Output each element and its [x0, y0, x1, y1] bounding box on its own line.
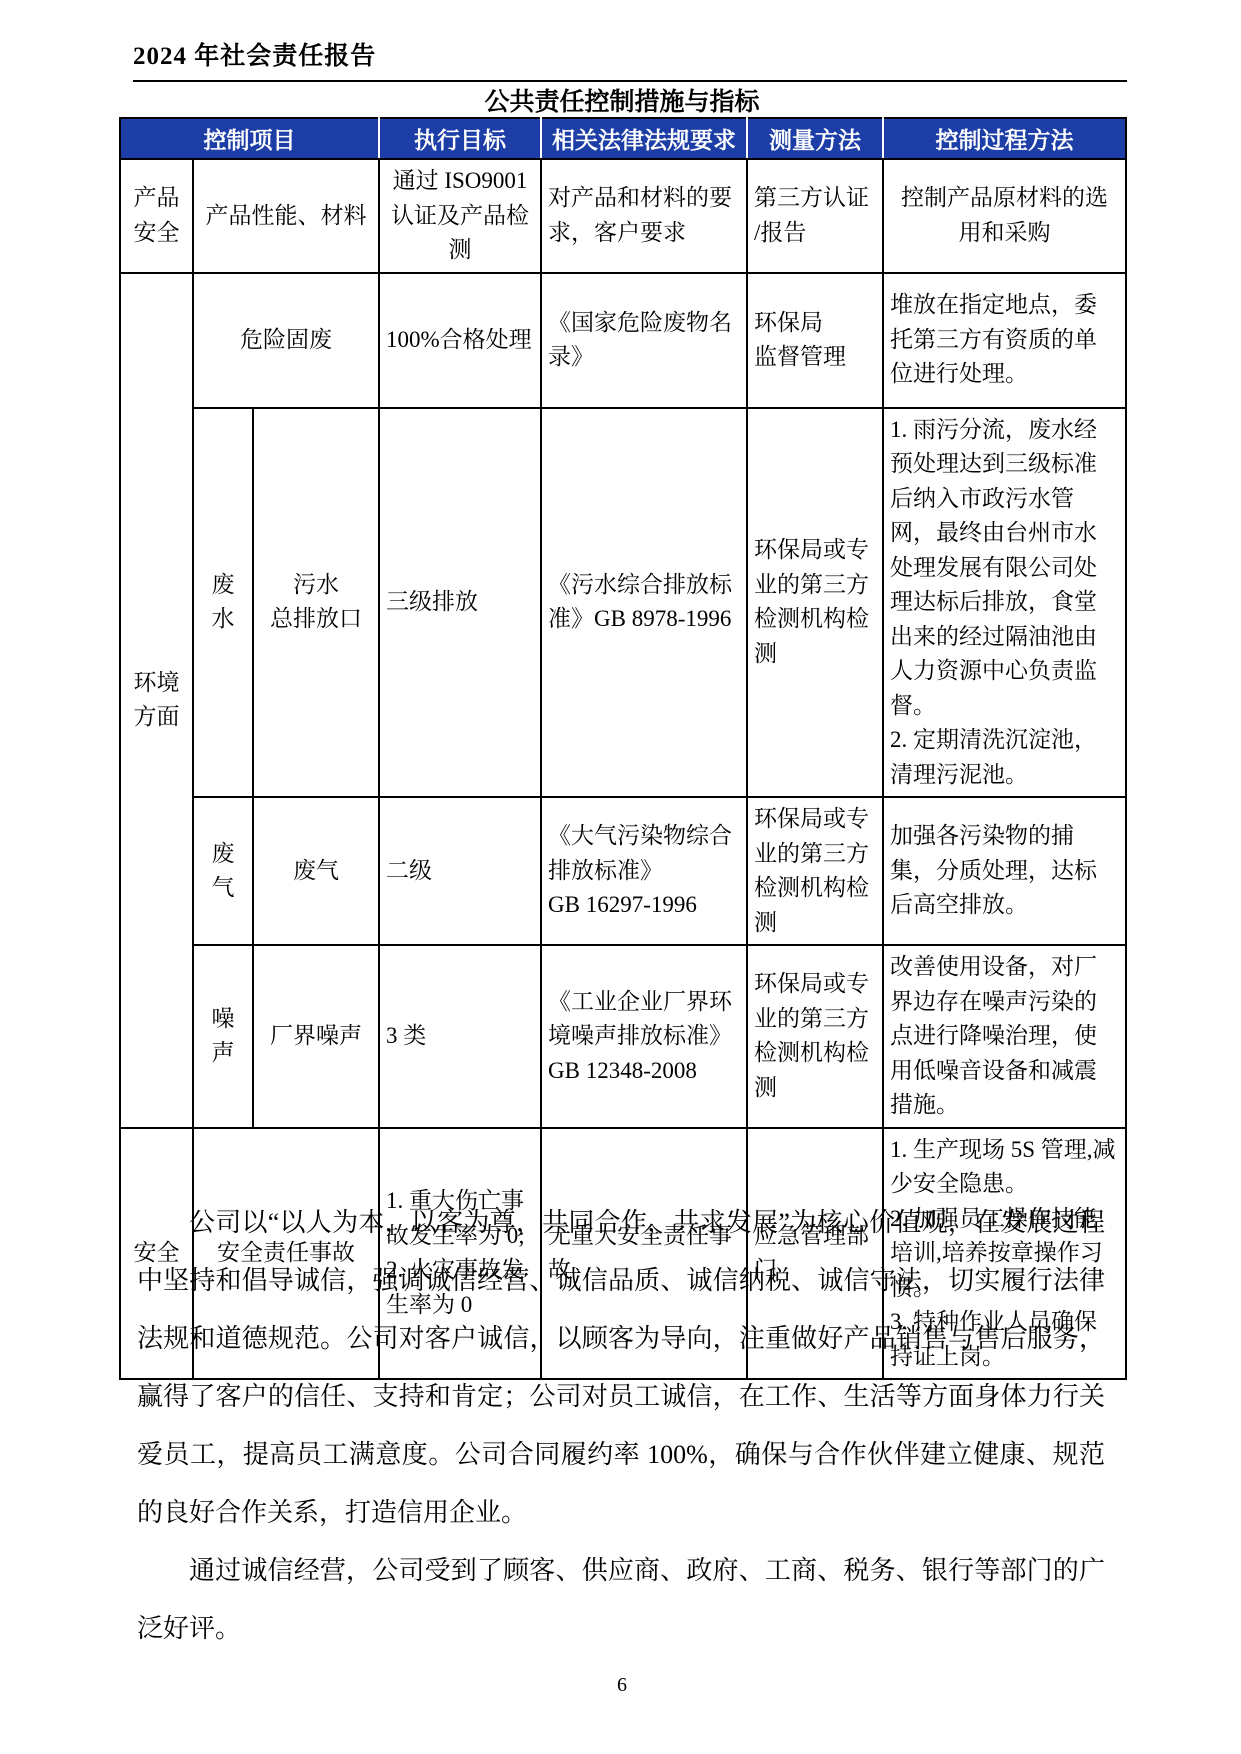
cell-waste-water-law: 《污水综合排放标准》GB 8978-1996 — [541, 408, 747, 798]
cell-environment-group: 环境 方面 — [120, 273, 193, 1128]
paragraph-core-values: 公司以“以人为本，以客为尊，共同合作，共求发展”为核心价值观，在发展过程中坚持和… — [137, 1194, 1105, 1542]
cell-product-safety-measure: 第三方认证 /报告 — [747, 159, 883, 273]
row-hazardous-waste: 环境 方面 危险固废 100%合格处理 《国家危险废物名录》 环保局 监督管理 … — [120, 273, 1126, 408]
cell-product-safety-item: 产品性能、材料 — [193, 159, 379, 273]
cell-waste-water-target: 三级排放 — [379, 408, 541, 798]
table-header-row: 控制项目 执行目标 相关法律法规要求 测量方法 控制过程方法 — [120, 118, 1126, 159]
cell-noise-law: 《工业企业厂界环境噪声排放标准》 GB 12348-2008 — [541, 945, 747, 1128]
cell-noise-target: 3 类 — [379, 945, 541, 1128]
cell-waste-gas-item: 废气 — [253, 797, 379, 945]
report-header-title: 2024 年社会责任报告 — [133, 43, 376, 70]
header-law: 相关法律法规要求 — [541, 118, 747, 159]
cell-product-safety-group: 产品 安全 — [120, 159, 193, 273]
cell-waste-gas-measure: 环保局或专业的第三方检测机构检测 — [747, 797, 883, 945]
cell-hazardous-waste-measure: 环保局 监督管理 — [747, 273, 883, 408]
body-text: 公司以“以人为本，以客为尊，共同合作，共求发展”为核心价值观，在发展过程中坚持和… — [137, 1194, 1105, 1658]
cell-hazardous-waste-law: 《国家危险废物名录》 — [541, 273, 747, 408]
header-target: 执行目标 — [379, 118, 541, 159]
cell-hazardous-waste-target: 100%合格处理 — [379, 273, 541, 408]
report-header: 2024 年社会责任报告 — [133, 36, 1127, 82]
row-noise: 噪 声 厂界噪声 3 类 《工业企业厂界环境噪声排放标准》 GB 12348-2… — [120, 945, 1126, 1128]
row-waste-water: 废 水 污水 总排放口 三级排放 《污水综合排放标准》GB 8978-1996 … — [120, 408, 1126, 798]
header-process: 控制过程方法 — [883, 118, 1126, 159]
cell-waste-gas-process: 加强各污染物的捕集，分质处理，达标后高空排放。 — [883, 797, 1126, 945]
page-number: 6 — [119, 1674, 1125, 1697]
document-page: 2024 年社会责任报告 公共责任控制措施与指标 控制项目 执行目标 相关法律法… — [0, 0, 1241, 1754]
cell-product-safety-process: 控制产品原材料的选用和采购 — [883, 159, 1126, 273]
cell-waste-water-measure: 环保局或专业的第三方检测机构检测 — [747, 408, 883, 798]
cell-noise-item: 厂界噪声 — [253, 945, 379, 1128]
cell-waste-gas-target: 二级 — [379, 797, 541, 945]
table-title: 公共责任控制措施与指标 — [119, 82, 1125, 118]
control-measures-table: 控制项目 执行目标 相关法律法规要求 测量方法 控制过程方法 产品 安全 产品性… — [119, 117, 1127, 1380]
cell-noise-process: 改善使用设备，对厂界边存在噪声污染的点进行降噪治理，使用低噪音设备和减震措施。 — [883, 945, 1126, 1128]
row-product-safety: 产品 安全 产品性能、材料 通过 ISO9001 认证及产品检测 对产品和材料的… — [120, 159, 1126, 273]
cell-noise-category: 噪 声 — [193, 945, 253, 1128]
cell-waste-water-process: 1. 雨污分流，废水经预处理达到三级标准后纳入市政污水管网，最终由台州市水处理发… — [883, 408, 1126, 798]
paragraph-reputation: 通过诚信经营，公司受到了顾客、供应商、政府、工商、税务、银行等部门的广泛好评。 — [137, 1542, 1105, 1658]
header-measure: 测量方法 — [747, 118, 883, 159]
cell-waste-water-category: 废 水 — [193, 408, 253, 798]
cell-waste-gas-law: 《大气污染物综合排放标准》 GB 16297-1996 — [541, 797, 747, 945]
cell-hazardous-waste-process: 堆放在指定地点，委托第三方有资质的单位进行处理。 — [883, 273, 1126, 408]
header-control-item: 控制项目 — [120, 118, 379, 159]
cell-waste-water-item: 污水 总排放口 — [253, 408, 379, 798]
cell-product-safety-law: 对产品和材料的要求，客户要求 — [541, 159, 747, 273]
cell-noise-measure: 环保局或专业的第三方检测机构检测 — [747, 945, 883, 1128]
cell-product-safety-target: 通过 ISO9001 认证及产品检测 — [379, 159, 541, 273]
cell-hazardous-waste-item: 危险固废 — [193, 273, 379, 408]
row-waste-gas: 废 气 废气 二级 《大气污染物综合排放标准》 GB 16297-1996 环保… — [120, 797, 1126, 945]
cell-waste-gas-category: 废 气 — [193, 797, 253, 945]
